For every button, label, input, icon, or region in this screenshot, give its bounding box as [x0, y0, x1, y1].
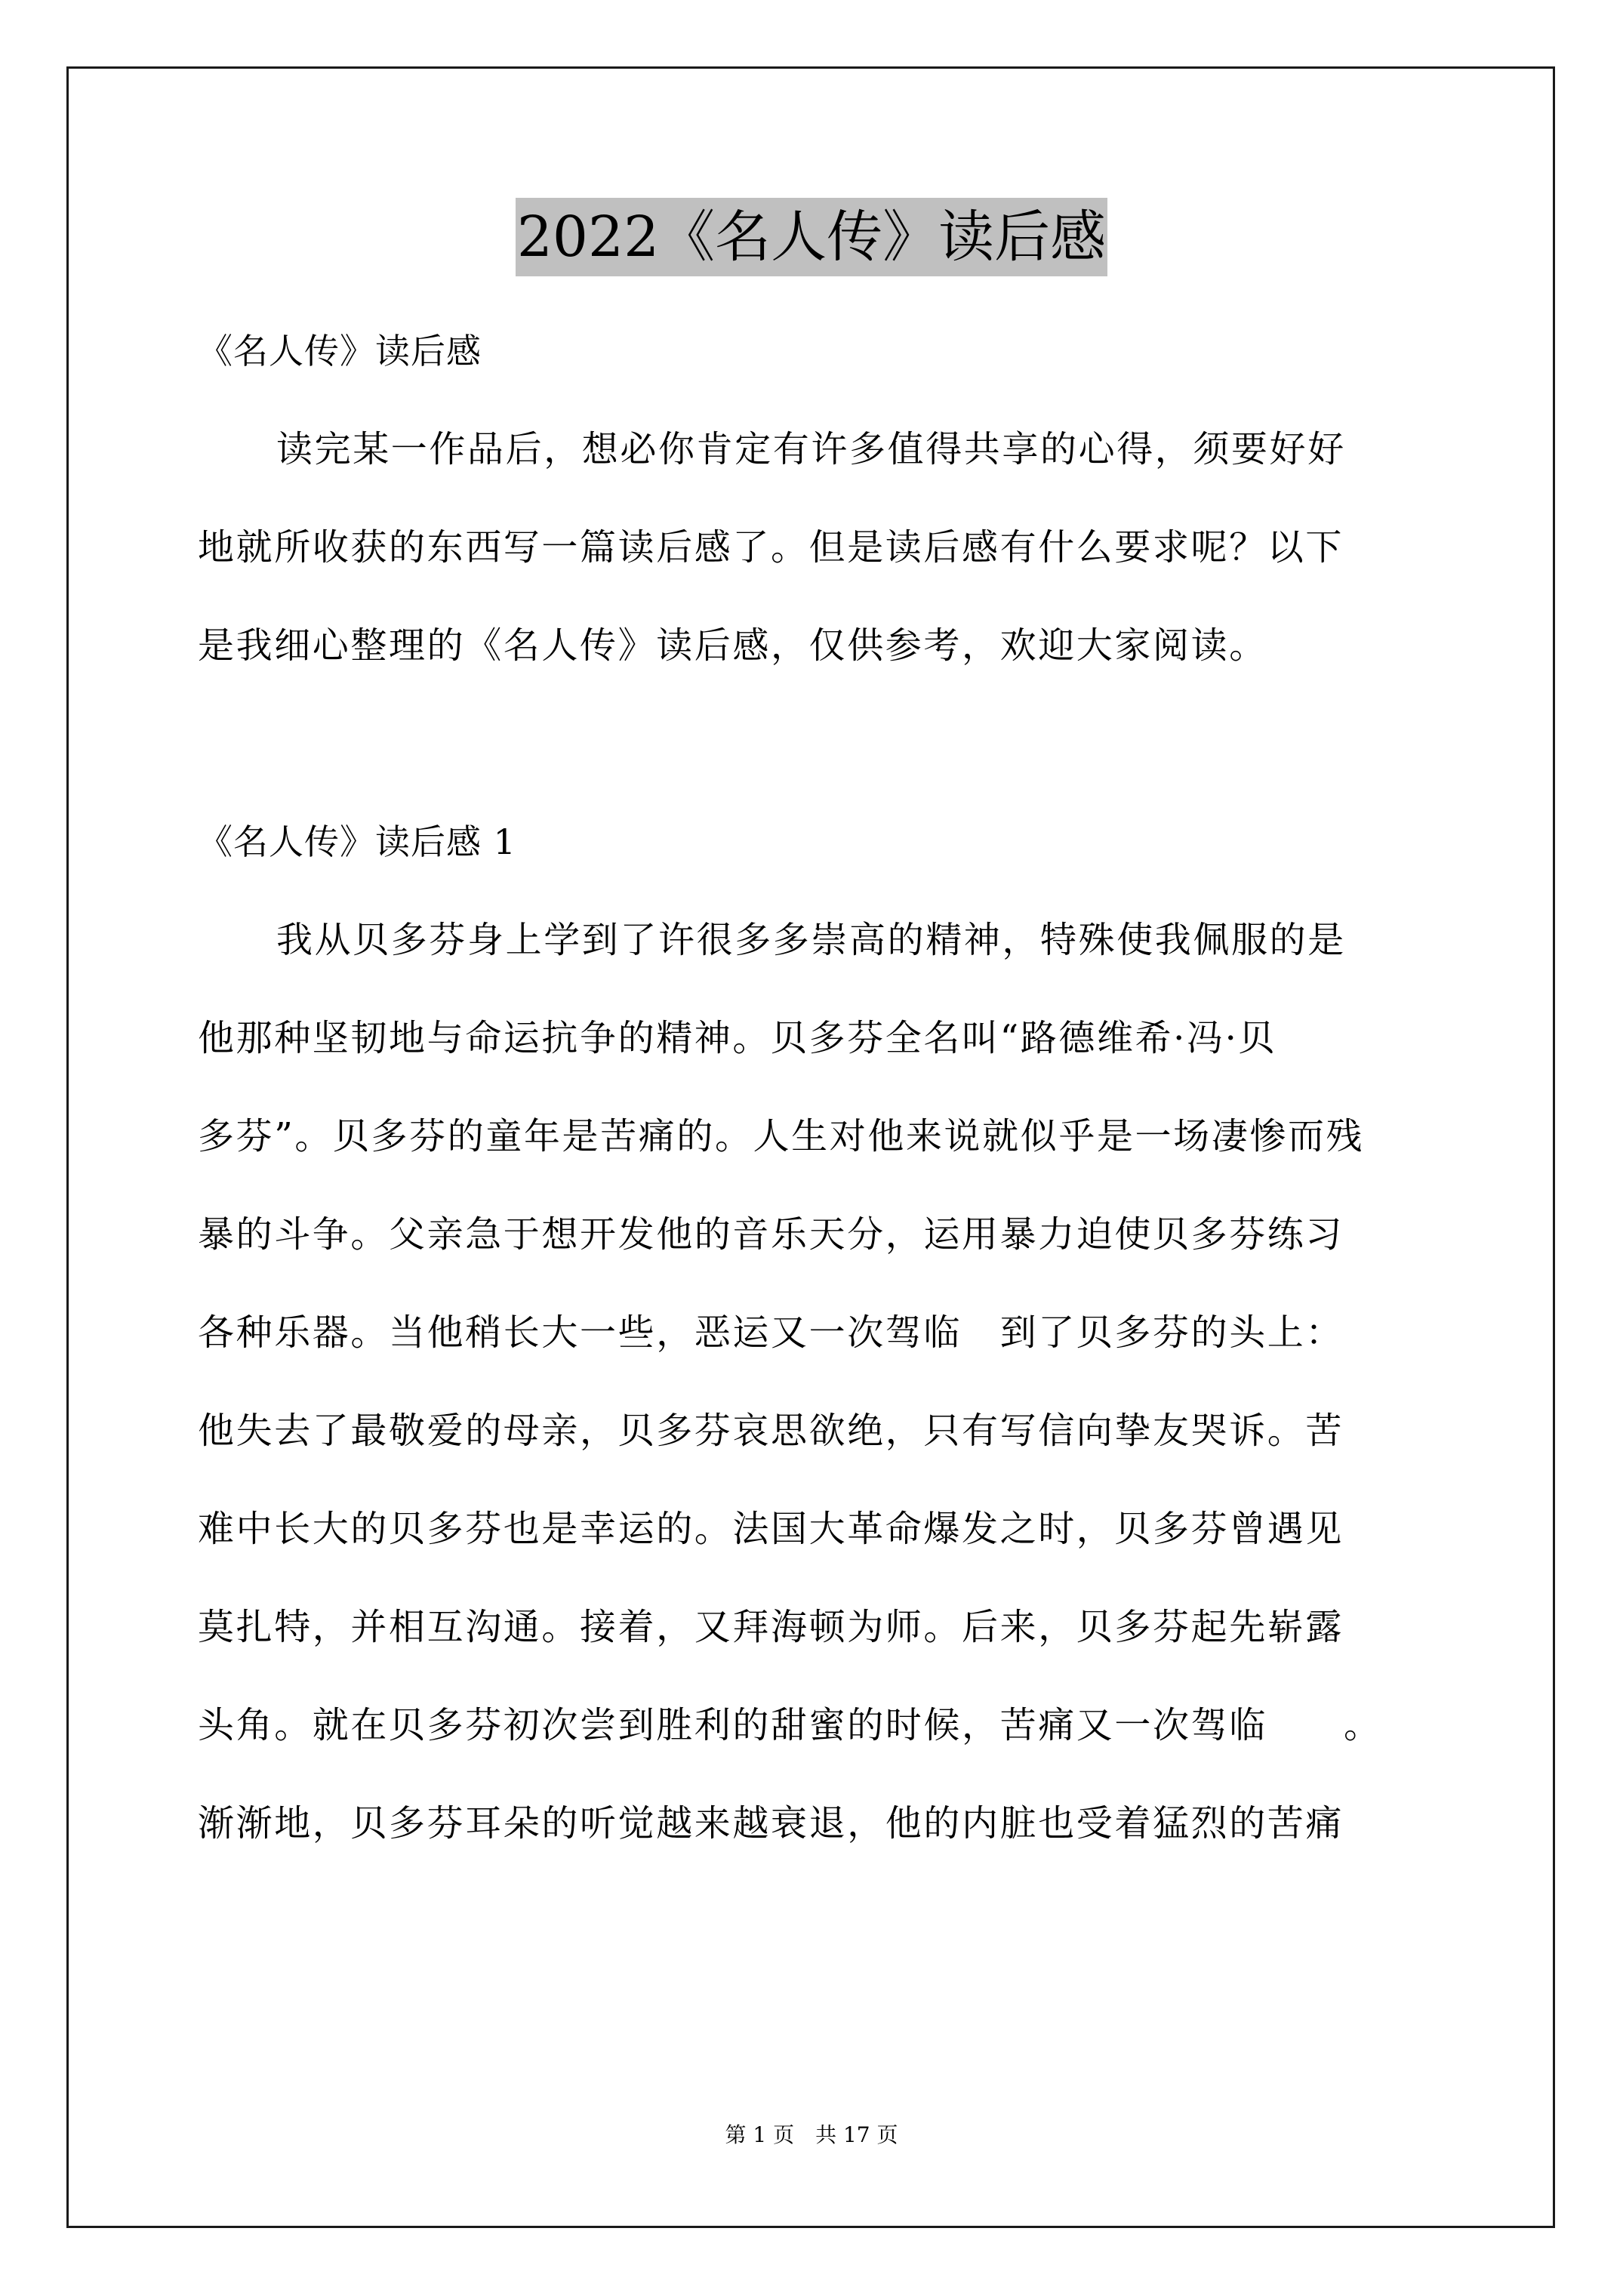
paragraph-line: 他那种坚韧地与命运抗争的精神。贝多芬全名叫“路德维希·冯·贝: [198, 989, 1443, 1087]
paragraph-line: 难中长大的贝多芬也是幸运的。法国大革命爆发之时，贝多芬曾遇见: [198, 1480, 1443, 1578]
page-indicator: 第 1 页 共 17 页: [725, 2122, 898, 2147]
paragraph-line: 地就所收获的东西写一篇读后感了。但是读后感有什么要求呢？以下: [198, 498, 1443, 596]
section-heading-1: 《名人传》读后感 1: [198, 793, 1443, 891]
paragraph-line: 渐渐地，贝多芬耳朵的听觉越来越衰退，他的内脏也受着猛烈的苦痛: [198, 1774, 1443, 1872]
title-container: 2022《名人传》读后感: [0, 198, 1623, 276]
paragraph-line: 读完某一作品后，想必你肯定有许多值得共享的心得，须要好好: [198, 400, 1443, 498]
page-footer: 第 1 页 共 17 页: [0, 2120, 1623, 2150]
paragraph-line: 各种乐器。当他稍长大一些，恶运又一次驾临 到了贝多芬的头上：: [198, 1284, 1443, 1382]
paragraph-line: 多芬”。贝多芬的童年是苦痛的。人生对他来说就似乎是一场凄惨而残: [198, 1087, 1443, 1185]
document-body: 《名人传》读后感 读完某一作品后，想必你肯定有许多值得共享的心得，须要好好 地就…: [198, 302, 1443, 1872]
paragraph-line: 暴的斗争。父亲急于想开发他的音乐天分，运用暴力迫使贝多芬练习: [198, 1185, 1443, 1284]
section-heading-intro: 《名人传》读后感: [198, 302, 1443, 400]
document-title: 2022《名人传》读后感: [516, 198, 1107, 276]
paragraph-line: 莫扎特，并相互沟通。接着，又拜海顿为师。后来，贝多芬起先崭露: [198, 1578, 1443, 1676]
paragraph-line: 是我细心整理的《名人传》读后感，仅供参考，欢迎大家阅读。: [198, 596, 1443, 695]
paragraph-line: 他失去了最敬爱的母亲，贝多芬哀思欲绝，只有写信向挚友哭诉。苦: [198, 1382, 1443, 1480]
paragraph-line: 我从贝多芬身上学到了许很多多崇高的精神，特殊使我佩服的是: [198, 891, 1443, 989]
paragraph-line: 头角。就在贝多芬初次尝到胜利的甜蜜的时候，苦痛又一次驾临 。: [198, 1676, 1443, 1774]
blank-line: [198, 695, 1443, 793]
